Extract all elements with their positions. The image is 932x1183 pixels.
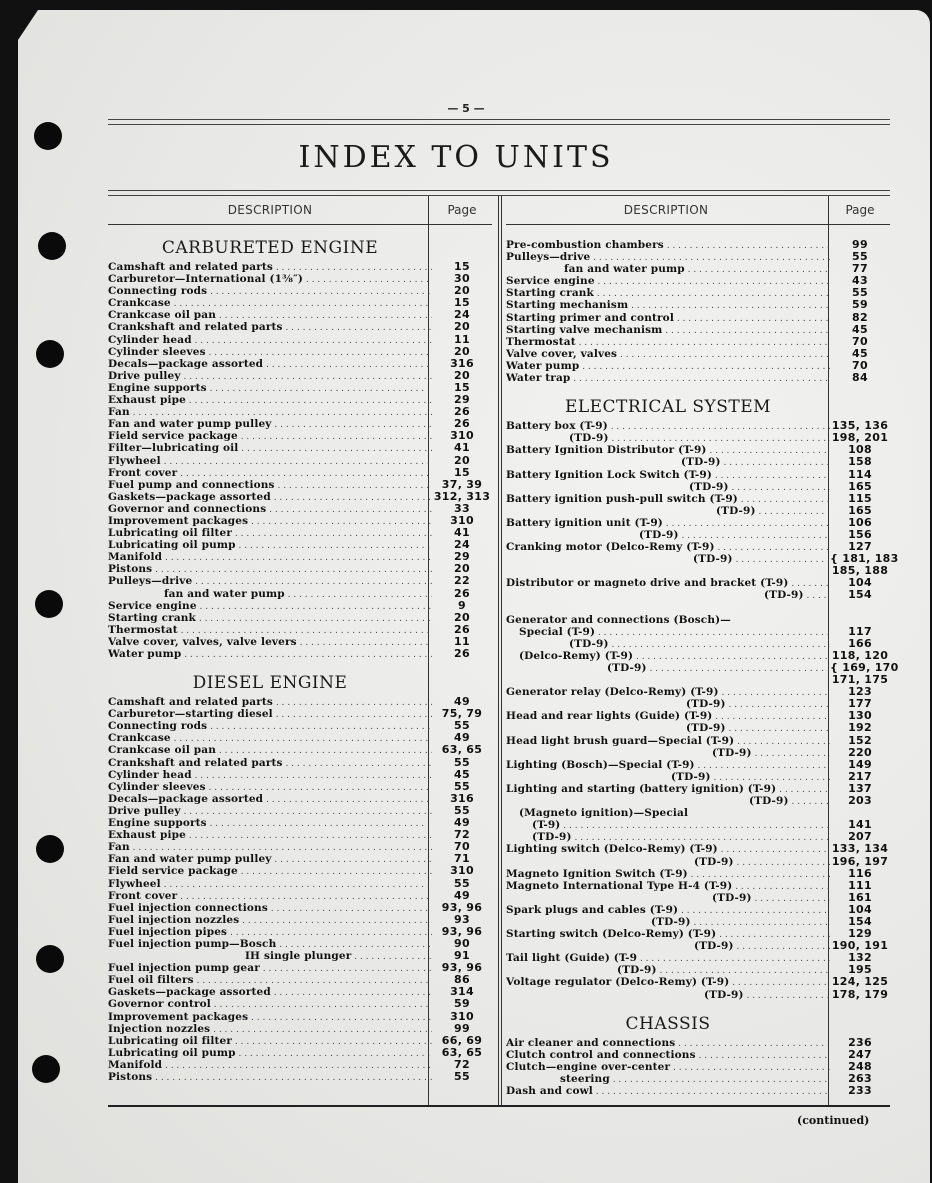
entry-description: Head and rear lights (Guide) (T-9) xyxy=(506,710,830,722)
entry-description: Engine supports xyxy=(108,382,432,394)
index-entry: Front cover15 xyxy=(108,467,492,479)
entry-description-text: Lighting (Bosch)—Special (T-9) xyxy=(506,759,695,771)
entry-description: Pre-combustion chambers xyxy=(506,239,830,251)
entry-description-text: Crankshaft and related parts xyxy=(108,321,283,333)
index-entry: Lighting and starting (battery ignition)… xyxy=(506,783,890,795)
entry-description: (TD-9) xyxy=(506,747,830,759)
entry-description-text: (TD-9) xyxy=(639,529,679,541)
entry-description: Battery Ignition Lock Switch (T-9) xyxy=(506,469,830,481)
index-entry: (TD-9)217 xyxy=(506,771,890,783)
index-entry: Starting valve mechanism45 xyxy=(506,324,890,336)
index-entry: Starting primer and control82 xyxy=(506,312,890,324)
entry-description: Magneto Ignition Switch (T-9) xyxy=(506,868,830,880)
entry-page: 20 xyxy=(432,612,492,624)
index-entry: (TD-9)154 xyxy=(506,916,890,928)
index-entry: Pulleys—drive55 xyxy=(506,251,890,263)
entry-description: (TD-9) xyxy=(506,856,830,868)
entry-description: Lighting switch (Delco-Remy) (T-9) xyxy=(506,843,830,855)
index-entry: Head light brush guard—Special (T-9)152 xyxy=(506,735,890,747)
index-entry: Lighting switch (Delco-Remy) (T-9)133, 1… xyxy=(506,843,890,855)
entry-page: 55 xyxy=(432,757,492,769)
entry-description: (TD-9) xyxy=(506,662,830,674)
entry-description-text: Battery Ignition Lock Switch (T-9) xyxy=(506,469,712,481)
entry-description-text: Dash and cowl xyxy=(506,1085,593,1097)
entry-description-text: (TD-9) xyxy=(532,831,572,843)
index-entry: Fan and water pump pulley26 xyxy=(108,418,492,430)
entry-description-text: Clutch—engine over-center xyxy=(506,1061,670,1073)
entry-description: Fuel injection pump gear xyxy=(108,962,432,974)
entry-page: 310 xyxy=(432,1011,492,1023)
entry-description: (TD-9) xyxy=(506,722,830,734)
entry-description-text: (TD-9) xyxy=(693,553,733,565)
index-entry: Exhaust pipe29 xyxy=(108,394,492,406)
entry-page: 45 xyxy=(432,769,492,781)
index-entry: fan and water pump26 xyxy=(108,588,492,600)
index-entry: Magneto Ignition Switch (T-9)116 xyxy=(506,868,890,880)
index-entry: Air cleaner and connections236 xyxy=(506,1037,890,1049)
entry-description-text: Camshaft and related parts xyxy=(108,261,273,273)
entry-description-text: Manifold xyxy=(108,1059,162,1071)
index-entry: (TD-9)177 xyxy=(506,698,890,710)
entry-description-text: (TD-9) xyxy=(569,638,609,650)
entry-description-text: Pulleys—drive xyxy=(506,251,590,263)
index-entry: Flywheel55 xyxy=(108,878,492,890)
entry-description-text: Cylinder head xyxy=(108,769,192,781)
entry-page: 63, 65 xyxy=(432,744,492,756)
entry-description-text: (TD-9) xyxy=(689,481,729,493)
entry-description: Fan xyxy=(108,841,432,853)
entry-description-text: Pistons xyxy=(108,563,152,575)
entry-description xyxy=(506,565,830,577)
index-entry: Pulleys—drive22 xyxy=(108,575,492,587)
entry-description: Clutch—engine over-center xyxy=(506,1061,830,1073)
index-entry: Drive pulley55 xyxy=(108,805,492,817)
index-entry: Lubricating oil filter66, 69 xyxy=(108,1035,492,1047)
index-entry: Manifold72 xyxy=(108,1059,492,1071)
entry-page: 26 xyxy=(432,648,492,660)
index-entry: Water pump26 xyxy=(108,648,492,660)
index-entry: Decals—package assorted316 xyxy=(108,358,492,370)
entry-description: Water pump xyxy=(108,648,432,660)
header-page: Page xyxy=(830,203,890,217)
entry-page: 15 xyxy=(432,467,492,479)
entry-description-text: Water pump xyxy=(108,648,181,660)
index-entry: (TD-9)156 xyxy=(506,529,890,541)
entry-description-text: (TD-9) xyxy=(686,722,726,734)
entry-description-text: Engine supports xyxy=(108,817,207,829)
entry-description: Starting mechanism xyxy=(506,299,830,311)
entry-page: 196, 197 xyxy=(830,856,890,868)
entry-description-text: Special (T-9) xyxy=(519,626,595,638)
entry-description-text: Connecting rods xyxy=(108,285,207,297)
index-entry: fan and water pump77 xyxy=(506,263,890,275)
entry-page: 165 xyxy=(830,481,890,493)
entry-description: (TD-9) xyxy=(506,529,830,541)
index-entry: Engine supports15 xyxy=(108,382,492,394)
index-entry: Flywheel20 xyxy=(108,455,492,467)
index-entry: Front cover49 xyxy=(108,890,492,902)
entry-description: Water trap xyxy=(506,372,830,384)
entry-page: 220 xyxy=(830,747,890,759)
entry-description-text: Fan xyxy=(108,841,130,853)
entry-description: Generator relay (Delco-Remy) (T-9) xyxy=(506,686,830,698)
entry-description-text: fan and water pump xyxy=(164,588,285,600)
entry-description: Generator and connections (Bosch)— xyxy=(506,614,830,626)
entry-description: Manifold xyxy=(108,1059,432,1071)
entry-description: Injection nozzles xyxy=(108,1023,432,1035)
entry-description-text: Filter—lubricating oil xyxy=(108,442,238,454)
entry-description: Service engine xyxy=(108,600,432,612)
entry-description-text: Crankcase oil pan xyxy=(108,309,216,321)
entry-description: Lubricating oil filter xyxy=(108,527,432,539)
index-entry: Spark plugs and cables (T-9)104 xyxy=(506,904,890,916)
index-entry: Lighting (Bosch)—Special (T-9)149 xyxy=(506,759,890,771)
index-entry: Battery Ignition Lock Switch (T-9)114 xyxy=(506,469,890,481)
index-entry: Starting crank20 xyxy=(108,612,492,624)
entry-description: Flywheel xyxy=(108,455,432,467)
entry-description: Air cleaner and connections xyxy=(506,1037,830,1049)
entry-description: Crankshaft and related parts xyxy=(108,321,432,333)
entry-description: Water pump xyxy=(506,360,830,372)
index-entry: Field service package310 xyxy=(108,865,492,877)
left-column: DESCRIPTION Page CARBURETED ENGINECamsha… xyxy=(108,196,492,1083)
entry-description-text: Fuel injection pump—Bosch xyxy=(108,938,276,950)
entry-page: 55 xyxy=(432,1071,492,1083)
entry-description-text: Carburetor—starting diesel xyxy=(108,708,273,720)
entry-page: 55 xyxy=(432,878,492,890)
index-entry: Crankshaft and related parts20 xyxy=(108,321,492,333)
entry-description-text: Fuel injection pipes xyxy=(108,926,227,938)
entry-description-text: Improvement packages xyxy=(108,515,248,527)
entry-description-text: Gaskets—package assorted xyxy=(108,491,271,503)
entry-page: 178, 179 xyxy=(830,989,890,1001)
index-entry: (TD-9)165 xyxy=(506,481,890,493)
index-entry: Fuel injection pump—Bosch90 xyxy=(108,938,492,950)
entry-description: (TD-9) xyxy=(506,456,830,468)
entry-description: Battery ignition push-pull switch (T-9) xyxy=(506,493,830,505)
index-entry: Clutch—engine over-center248 xyxy=(506,1061,890,1073)
index-entry: Camshaft and related parts49 xyxy=(108,696,492,708)
entry-description: Front cover xyxy=(108,467,432,479)
entry-description-text: Crankshaft and related parts xyxy=(108,757,283,769)
entry-description-text: Generator relay (Delco-Remy) (T-9) xyxy=(506,686,719,698)
index-entry: Pre-combustion chambers99 xyxy=(506,239,890,251)
entry-description-text: Manifold xyxy=(108,551,162,563)
entry-description-text: Lubricating oil filter xyxy=(108,1035,232,1047)
entry-page: 152 xyxy=(830,735,890,747)
entry-description: Fan xyxy=(108,406,432,418)
entry-description: Connecting rods xyxy=(108,285,432,297)
entry-description: Starting valve mechanism xyxy=(506,324,830,336)
entry-description-text: Connecting rods xyxy=(108,720,207,732)
entry-description-text: Fuel injection pump gear xyxy=(108,962,260,974)
index-entry: IH single plunger91 xyxy=(108,950,492,962)
continued-note: (continued) xyxy=(797,1114,869,1127)
entry-description-text: (TD-9) xyxy=(607,662,647,674)
entry-description: Filter—lubricating oil xyxy=(108,442,432,454)
entry-page: 45 xyxy=(830,324,890,336)
index-entry: Battery ignition unit (T-9)106 xyxy=(506,517,890,529)
index-entry: Distributor or magneto drive and bracket… xyxy=(506,577,890,589)
page-corner-fold xyxy=(18,10,38,40)
index-entry: Decals—package assorted316 xyxy=(108,793,492,805)
entry-description: Starting crank xyxy=(506,287,830,299)
index-entry: (TD-9)154 xyxy=(506,589,890,601)
entry-description: Valve cover, valves, valve levers xyxy=(108,636,432,648)
index-entry: Fuel injection pump gear93, 96 xyxy=(108,962,492,974)
index-entry: Cylinder head45 xyxy=(108,769,492,781)
entry-description: Fuel injection nozzles xyxy=(108,914,432,926)
entry-description-text: Cylinder sleeves xyxy=(108,781,206,793)
entry-description xyxy=(506,674,830,686)
entry-description: Starting switch (Delco-Remy) (T-9) xyxy=(506,928,830,940)
entry-page: 82 xyxy=(830,312,890,324)
entry-description: (TD-9) xyxy=(506,989,830,1001)
entry-description: Fan and water pump pulley xyxy=(108,418,432,430)
index-entry: Battery Ignition Distributor (T-9)108 xyxy=(506,444,890,456)
entry-description: Front cover xyxy=(108,890,432,902)
entry-description-text: Tail light (Guide) (T-9 xyxy=(506,952,637,964)
index-entry: Clutch control and connections247 xyxy=(506,1049,890,1061)
index-entry: Gaskets—package assorted312, 313 xyxy=(108,491,492,503)
entry-page: 114 xyxy=(830,469,890,481)
entry-description-text: Lubricating oil pump xyxy=(108,1047,236,1059)
entry-description: Camshaft and related parts xyxy=(108,261,432,273)
index-entry xyxy=(506,602,890,614)
entry-description-text: Crankcase oil pan xyxy=(108,744,216,756)
entry-description-text: Cylinder head xyxy=(108,334,192,346)
index-entry: 185, 188 xyxy=(506,565,890,577)
entry-description: fan and water pump xyxy=(108,588,432,600)
entry-description: Fuel injection pipes xyxy=(108,926,432,938)
entry-description: Pulleys—drive xyxy=(108,575,432,587)
entry-description: Thermostat xyxy=(108,624,432,636)
index-entry: Exhaust pipe72 xyxy=(108,829,492,841)
entry-description: (TD-9) xyxy=(506,795,830,807)
entry-description: Flywheel xyxy=(108,878,432,890)
entry-description: Lighting (Bosch)—Special (T-9) xyxy=(506,759,830,771)
entry-description-text: (TD-9) xyxy=(704,989,744,1001)
entry-description: Starting crank xyxy=(108,612,432,624)
entry-page: 59 xyxy=(830,299,890,311)
entry-description: Lubricating oil pump xyxy=(108,539,432,551)
index-entry: (TD-9)196, 197 xyxy=(506,856,890,868)
entry-description: Improvement packages xyxy=(108,515,432,527)
entry-description: Voltage regulator (Delco-Remy) (T-9) xyxy=(506,976,830,988)
index-entry: Crankcase15 xyxy=(108,297,492,309)
right-column: DESCRIPTION Page Pre-combustion chambers… xyxy=(506,196,890,1097)
entry-description-text: Pistons xyxy=(108,1071,152,1083)
index-entry: Magneto International Type H-4 (T-9)111 xyxy=(506,880,890,892)
entry-description-text: Engine supports xyxy=(108,382,207,394)
entry-description: Distributor or magneto drive and bracket… xyxy=(506,577,830,589)
entry-description-text: Drive pulley xyxy=(108,805,181,817)
index-entry: (TD-9)178, 179 xyxy=(506,989,890,1001)
index-entry: Voltage regulator (Delco-Remy) (T-9)124,… xyxy=(506,976,890,988)
entry-description: Service engine xyxy=(506,275,830,287)
entry-description: (TD-9) xyxy=(506,831,830,843)
entry-page: 84 xyxy=(830,372,890,384)
entry-description: Pistons xyxy=(108,563,432,575)
entry-description: Carburetor—International (1⅜″) xyxy=(108,273,432,285)
entry-description-text: (TD-9) xyxy=(651,916,691,928)
index-entry: Service engine9 xyxy=(108,600,492,612)
entry-description-text: (Magneto ignition)—Special xyxy=(519,807,688,819)
entry-description: (TD-9) xyxy=(506,964,830,976)
index-entry: Carburetor—International (1⅜″)30 xyxy=(108,273,492,285)
entry-page: 111 xyxy=(830,880,890,892)
entry-description: (TD-9) xyxy=(506,940,830,952)
entry-page: 233 xyxy=(830,1085,890,1097)
entry-description: Head light brush guard—Special (T-9) xyxy=(506,735,830,747)
entry-description-text: (TD-9) xyxy=(694,856,734,868)
punch-hole xyxy=(36,340,64,368)
entry-description: (TD-9) xyxy=(506,481,830,493)
left-column-body: CARBURETED ENGINECamshaft and related pa… xyxy=(108,235,492,1083)
index-entry: Manifold29 xyxy=(108,551,492,563)
entry-description-text: (TD-9) xyxy=(681,456,721,468)
entry-description-text: Valve cover, valves xyxy=(506,348,617,360)
entry-description-text: Carburetor—International (1⅜″) xyxy=(108,273,303,285)
index-entry: Fuel pump and connections37, 39 xyxy=(108,479,492,491)
entry-description: Drive pulley xyxy=(108,370,432,382)
entry-description-text: Starting crank xyxy=(506,287,594,299)
index-entry: Crankshaft and related parts55 xyxy=(108,757,492,769)
index-entry: Cylinder sleeves20 xyxy=(108,346,492,358)
entry-description: Cylinder head xyxy=(108,769,432,781)
entry-description: (TD-9) xyxy=(506,589,830,601)
entry-description-text: Battery ignition push-pull switch (T-9) xyxy=(506,493,738,505)
entry-description-text: Pre-combustion chambers xyxy=(506,239,664,251)
index-entry: Pistons20 xyxy=(108,563,492,575)
entry-description-text: Starting crank xyxy=(108,612,196,624)
entry-description-text: (TD-9) xyxy=(617,964,657,976)
title-rule-top xyxy=(108,119,890,125)
entry-description-text: Water trap xyxy=(506,372,570,384)
entry-description-text: Starting valve mechanism xyxy=(506,324,662,336)
entry-description-text: IH single plunger xyxy=(245,950,351,962)
entry-description: Exhaust pipe xyxy=(108,829,432,841)
entry-description: (TD-9) xyxy=(506,505,830,517)
entry-page: 247 xyxy=(830,1049,890,1061)
index-entry: Connecting rods20 xyxy=(108,285,492,297)
punch-hole xyxy=(36,835,64,863)
entry-description-text: Flywheel xyxy=(108,455,161,467)
entry-description: Improvement packages xyxy=(108,1011,432,1023)
entry-description-text: Field service package xyxy=(108,865,238,877)
index-entry: Field service package310 xyxy=(108,430,492,442)
entry-description-text: Starting mechanism xyxy=(506,299,628,311)
entry-description-text: Battery ignition unit (T-9) xyxy=(506,517,663,529)
index-entry: Pistons55 xyxy=(108,1071,492,1083)
entry-description-text: (TD-9) xyxy=(694,940,734,952)
index-entry: Improvement packages310 xyxy=(108,515,492,527)
index-entry: Water pump70 xyxy=(506,360,890,372)
entry-description: Thermostat xyxy=(506,336,830,348)
entry-description-text: (TD-9) xyxy=(716,505,756,517)
entry-description: Fuel injection pump—Bosch xyxy=(108,938,432,950)
entry-page: 93, 96 xyxy=(432,902,492,914)
index-entry: steering263 xyxy=(506,1073,890,1085)
entry-description-text: Exhaust pipe xyxy=(108,829,186,841)
index-entry: Service engine43 xyxy=(506,275,890,287)
entry-description-text: Fuel injection nozzles xyxy=(108,914,239,926)
index-entry: (TD-9)192 xyxy=(506,722,890,734)
entry-description-text: (TD-9) xyxy=(712,892,752,904)
entry-page: 158 xyxy=(830,456,890,468)
entry-description: steering xyxy=(506,1073,830,1085)
entry-page: 124, 125 xyxy=(830,976,890,988)
index-entry: Dash and cowl233 xyxy=(506,1085,890,1097)
entry-description-text: Decals—package assorted xyxy=(108,358,263,370)
index-entry: Thermostat26 xyxy=(108,624,492,636)
entry-description-text: Injection nozzles xyxy=(108,1023,210,1035)
header-description: DESCRIPTION xyxy=(108,203,432,217)
index-entry: Lubricating oil pump63, 65 xyxy=(108,1047,492,1059)
entry-description-text: Governor control xyxy=(108,998,211,1010)
entry-description: Gaskets—package assorted xyxy=(108,986,432,998)
entry-description: Magneto International Type H-4 (T-9) xyxy=(506,880,830,892)
entry-description: Cylinder head xyxy=(108,334,432,346)
entry-description-text: Drive pulley xyxy=(108,370,181,382)
index-entry: (Magneto ignition)—Special xyxy=(506,807,890,819)
entry-description-text: Camshaft and related parts xyxy=(108,696,273,708)
entry-description: Manifold xyxy=(108,551,432,563)
index-entry: Crankcase49 xyxy=(108,732,492,744)
entry-description-text: Gaskets—package assorted xyxy=(108,986,271,998)
entry-description: Governor and connections xyxy=(108,503,432,515)
entry-description-text: Front cover xyxy=(108,467,177,479)
entry-description-text: Lubricating oil filter xyxy=(108,527,232,539)
punch-hole xyxy=(38,232,66,260)
entry-page: 20 xyxy=(432,346,492,358)
index-entry: Cylinder sleeves55 xyxy=(108,781,492,793)
entry-description-text: Pulleys—drive xyxy=(108,575,192,587)
entry-page xyxy=(830,602,890,614)
entry-description: (TD-9) xyxy=(506,892,830,904)
index-entry: (TD-9)203 xyxy=(506,795,890,807)
entry-description-text: (T-9) xyxy=(532,819,560,831)
index-entry: Valve cover, valves45 xyxy=(506,348,890,360)
entry-description: Clutch control and connections xyxy=(506,1049,830,1061)
entry-description-text: Thermostat xyxy=(108,624,178,636)
entry-description: Pulleys—drive xyxy=(506,251,830,263)
entry-description-text: Battery Ignition Distributor (T-9) xyxy=(506,444,707,456)
entry-description-text: Front cover xyxy=(108,890,177,902)
entry-description-text: Fuel oil filters xyxy=(108,974,194,986)
index-entry: Fan26 xyxy=(108,406,492,418)
entry-description: Field service package xyxy=(108,865,432,877)
index-entry: Camshaft and related parts15 xyxy=(108,261,492,273)
entry-description-text: Starting switch (Delco-Remy) (T-9) xyxy=(506,928,716,940)
entry-description: Cylinder sleeves xyxy=(108,346,432,358)
entry-description: Drive pulley xyxy=(108,805,432,817)
index-entry: Engine supports49 xyxy=(108,817,492,829)
index-entry: Generator relay (Delco-Remy) (T-9)123 xyxy=(506,686,890,698)
entry-description-text: Fan and water pump pulley xyxy=(108,853,272,865)
entry-page: 133, 134 xyxy=(830,843,890,855)
index-entry: (TD-9)165 xyxy=(506,505,890,517)
entry-description-text: Flywheel xyxy=(108,878,161,890)
entry-description-text: (TD-9) xyxy=(749,795,789,807)
entry-description-text: (TD-9) xyxy=(686,698,726,710)
entry-page: 59 xyxy=(432,998,492,1010)
entry-description-text: Valve cover, valves, valve levers xyxy=(108,636,297,648)
entry-description: Fan and water pump pulley xyxy=(108,853,432,865)
index-entry: Filter—lubricating oil41 xyxy=(108,442,492,454)
entry-description-text: Fan and water pump pulley xyxy=(108,418,272,430)
entry-page: 22 xyxy=(432,575,492,587)
